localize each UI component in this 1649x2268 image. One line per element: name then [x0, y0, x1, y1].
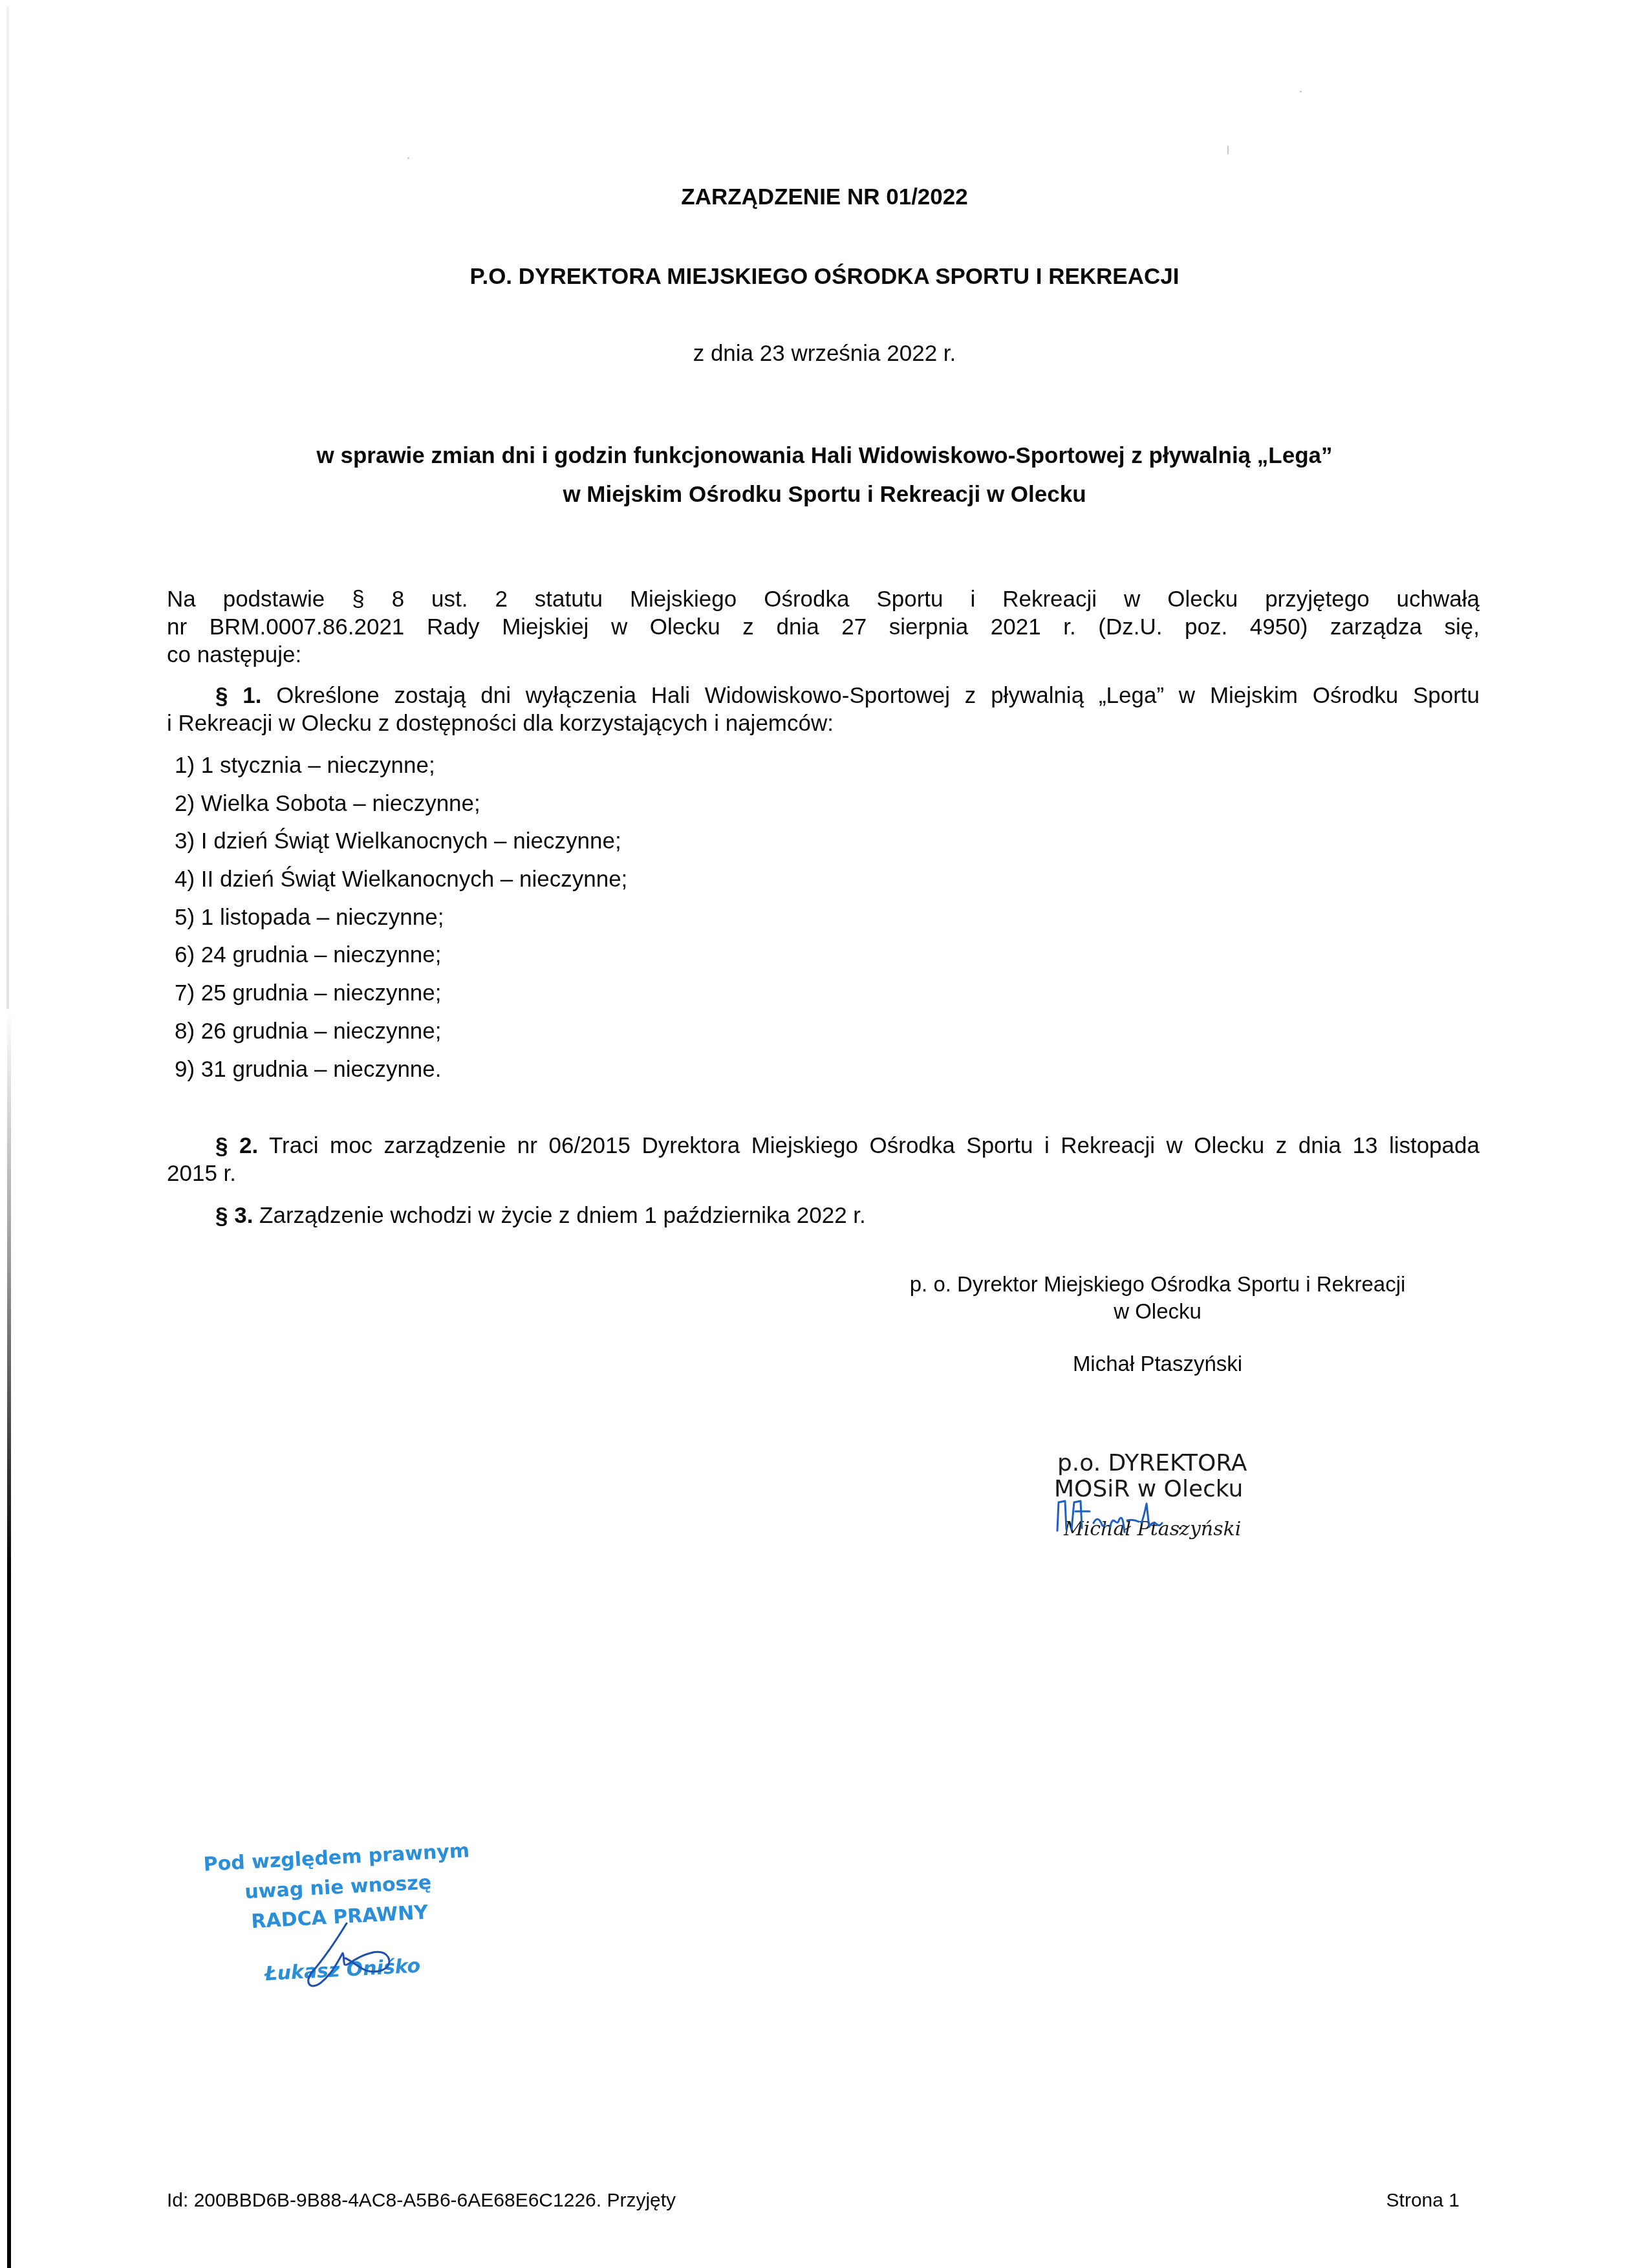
document-date: z dnia 23 września 2022 r. — [0, 341, 1649, 367]
list-item: 9) 31 grudnia – nieczynne. — [175, 1055, 627, 1094]
paragraph-3-line-1: Zarządzenie wchodzi w życie z dniem 1 pa… — [253, 1203, 865, 1228]
list-item: 1) 1 stycznia – nieczynne; — [175, 751, 627, 790]
paragraph-2-line-2: 2015 r. — [167, 1160, 1480, 1187]
director-signature-icon — [1051, 1497, 1245, 1536]
list-item: 8) 26 grudnia – nieczynne; — [175, 1017, 627, 1055]
list-item: 4) II dzień Świąt Wielkanocnych – nieczy… — [175, 865, 627, 903]
preamble-line-2: nr BRM.0007.86.2021 Rady Miejskiej w Ole… — [167, 613, 1480, 641]
signatory-name: Michał Ptaszyński — [879, 1350, 1436, 1377]
document-issuer: P.O. DYREKTORA MIEJSKIEGO OŚRODKA SPORTU… — [0, 264, 1649, 290]
signatory-title: p. o. Dyrektor Miejskiego Ośrodka Sportu… — [879, 1271, 1436, 1325]
document-subject-line-1: w sprawie zmian dni i godzin funkcjonowa… — [0, 443, 1649, 469]
paragraph-1-line-1: Określone zostają dni wyłączenia Hali Wi… — [261, 683, 1480, 708]
signatory-title-line-2: w Olecku — [879, 1298, 1436, 1325]
list-item: 7) 25 grudnia – nieczynne; — [175, 979, 627, 1017]
paragraph-3: § 3. Zarządzenie wchodzi w życie z dniem… — [167, 1202, 1480, 1229]
legal-signature-icon — [291, 1921, 420, 1992]
scan-speck — [1300, 91, 1302, 92]
scan-speck — [1227, 146, 1229, 155]
footer-page-number: Strona 1 — [1386, 2190, 1460, 2212]
preamble-line-3: co następuje: — [167, 641, 1480, 669]
scan-speck — [407, 157, 409, 159]
list-item: 5) 1 listopada – nieczynne; — [175, 903, 627, 942]
footer-document-id: Id: 200BBD6B-9B88-4AC8-A5B6-6AE68E6C1226… — [167, 2190, 676, 2212]
document-subject-line-2: w Miejskim Ośrodku Sportu i Rekreacji w … — [0, 482, 1649, 508]
paragraph-1: § 1. Określone zostają dni wyłączenia Ha… — [167, 682, 1480, 737]
paragraph-2: § 2. Traci moc zarządzenie nr 06/2015 Dy… — [167, 1132, 1480, 1187]
list-item: 3) I dzień Świąt Wielkanocnych – nieczyn… — [175, 827, 627, 865]
preamble-line-1: Na podstawie § 8 ust. 2 statutu Miejskie… — [167, 585, 1480, 613]
closed-days-list: 1) 1 stycznia – nieczynne; 2) Wielka Sob… — [175, 751, 627, 1093]
document-title: ZARZĄDZENIE NR 01/2022 — [0, 184, 1649, 210]
scan-edge-shadow — [6, 6, 9, 1009]
paragraph-2-line-1: Traci moc zarządzenie nr 06/2015 Dyrekto… — [258, 1133, 1480, 1158]
paragraph-1-line-2: i Rekreacji w Olecku z dostępności dla k… — [167, 709, 1480, 737]
paragraph-mark: § 3. — [215, 1203, 253, 1228]
scan-edge-border — [7, 1009, 11, 2268]
list-item: 2) Wielka Sobota – nieczynne; — [175, 790, 627, 828]
signatory-title-line-1: p. o. Dyrektor Miejskiego Ośrodka Sportu… — [879, 1271, 1436, 1298]
paragraph-mark: § 2. — [215, 1133, 258, 1158]
list-item: 6) 24 grudnia – nieczynne; — [175, 941, 627, 979]
director-stamp-line-1: p.o. DYREKTORA — [1054, 1451, 1326, 1476]
paragraph-mark: § 1. — [215, 683, 261, 708]
preamble: Na podstawie § 8 ust. 2 statutu Miejskie… — [167, 585, 1480, 669]
